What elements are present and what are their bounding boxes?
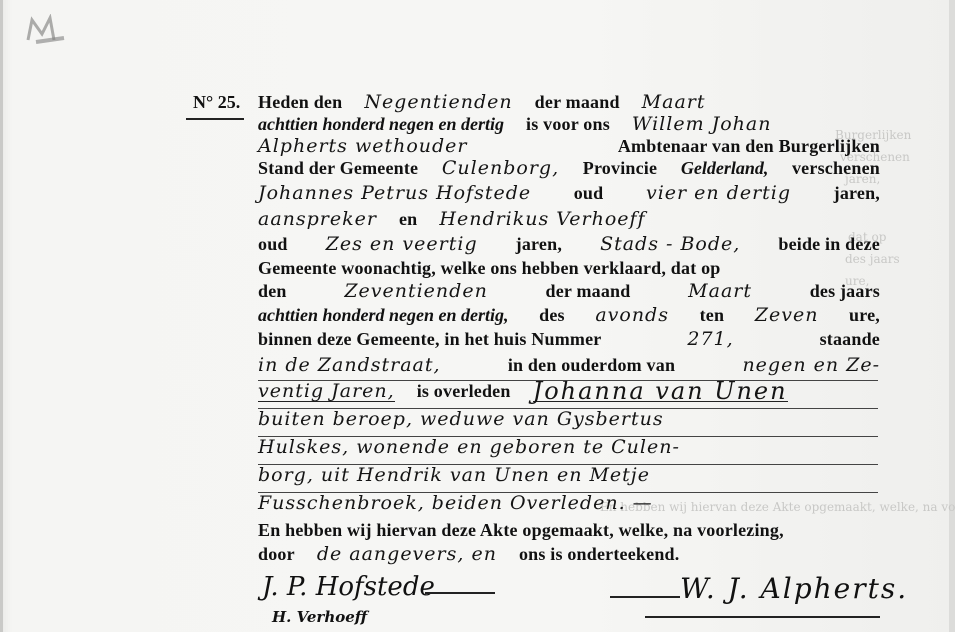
record-line: achttien honderd negen en dertig,desavon… xyxy=(258,305,880,325)
handwritten-entry: avonds xyxy=(595,305,669,325)
printed-text: der maand xyxy=(535,92,620,112)
handwritten-entry: Johannes Petrus Hofstede xyxy=(258,183,531,203)
handwritten-entry: Willem Johan xyxy=(632,114,772,134)
printed-text: ure, xyxy=(849,305,880,325)
ink-stamp-mark xyxy=(24,14,74,46)
handwritten-entry: Hendrikus Verhoeff xyxy=(439,209,645,229)
record-line: borg, uit Hendrik van Unen en Metje xyxy=(258,465,880,485)
record-line: ventig Jaren,is overledenJohanna van Une… xyxy=(258,381,880,402)
handwritten-entry: ventig Jaren, xyxy=(258,381,395,402)
record-line: Johannes Petrus Hofstedeoudvier en derti… xyxy=(258,183,880,203)
record-line: in de Zandstraat,in den ouderdom vannege… xyxy=(258,355,880,375)
printed-text: ons is onderteekend. xyxy=(519,544,680,564)
record-line: Stand der GemeenteCulenborg,ProvincieGel… xyxy=(258,158,880,178)
handwritten-entry: Maart xyxy=(642,92,706,112)
handwritten-entry: Fusschenbroek, beiden Overleden. — xyxy=(258,493,653,513)
record-line: doorde aangevers, enons is onderteekend. xyxy=(258,544,880,564)
record-line: buiten beroep, weduwe van Gysbertus xyxy=(258,409,880,429)
printed-text: des jaars xyxy=(810,281,880,301)
signature-flourish xyxy=(425,592,495,594)
printed-text: in den ouderdom van xyxy=(508,355,675,375)
printed-text: ten xyxy=(700,305,725,325)
handwritten-entry: Johanna van Unen xyxy=(533,381,788,402)
printed-text: binnen deze Gemeente, in het huis Nummer xyxy=(258,329,601,349)
handwritten-entry: Alpherts wethouder xyxy=(258,136,468,156)
record-line: achttien honderd negen en dertigis voor … xyxy=(258,114,880,134)
printed-text: Ambtenaar van den Burgerlijken xyxy=(618,136,880,156)
handwritten-entry: aanspreker xyxy=(258,209,377,229)
handwriting-rule xyxy=(258,380,878,381)
handwriting-rule xyxy=(258,408,878,409)
printed-text: oud xyxy=(574,183,604,203)
printed-text: Provincie xyxy=(583,158,657,178)
handwritten-entry: 271, xyxy=(687,329,733,349)
printed-text: en xyxy=(399,209,417,229)
printed-text: der maand xyxy=(546,281,631,301)
printed-text: oud xyxy=(258,234,288,254)
handwritten-entry: Hulskes, wonende en geboren te Culen- xyxy=(258,437,680,457)
handwritten-entry: in de Zandstraat, xyxy=(258,355,441,375)
record-line: Gemeente woonachtig, welke ons hebben ve… xyxy=(258,258,880,278)
printed-text: Gelderland, xyxy=(681,158,769,178)
record-line: oudZes en veertigjaren,Stads - Bode,beid… xyxy=(258,234,880,254)
handwriting-rule xyxy=(258,436,878,437)
signature-flourish xyxy=(610,596,680,598)
scanned-document-page: Burgerlijken verschenen jaren, dat op de… xyxy=(0,0,955,632)
signature-declarant-2: H. Verhoeff xyxy=(272,608,367,626)
printed-text: jaren, xyxy=(516,234,562,254)
record-line: Heden denNegentiendender maandMaart xyxy=(258,92,880,112)
handwritten-entry: Zes en veertig xyxy=(326,234,478,254)
handwritten-entry: Zeventienden xyxy=(344,281,488,301)
handwritten-entry: Stads - Bode, xyxy=(600,234,740,254)
handwriting-rule xyxy=(258,492,878,493)
printed-text: En hebben wij hiervan deze Akte opgemaak… xyxy=(258,520,784,540)
record-line: En hebben wij hiervan deze Akte opgemaak… xyxy=(258,520,880,540)
handwritten-entry: Culenborg, xyxy=(442,158,559,178)
printed-text: achttien honderd negen en dertig xyxy=(258,114,504,134)
signature-underline xyxy=(645,616,880,618)
printed-text: verschenen xyxy=(792,158,880,178)
handwritten-entry: de aangevers, en xyxy=(317,544,497,564)
printed-text: door xyxy=(258,544,295,564)
handwriting-rule xyxy=(258,464,878,465)
signature-official: W. J. Alpherts. xyxy=(680,572,908,605)
record-line: Hulskes, wonende en geboren te Culen- xyxy=(258,437,880,457)
printed-text: staande xyxy=(820,329,880,349)
record-number-underline xyxy=(186,118,244,120)
record-number: N° 25. xyxy=(193,92,240,113)
handwritten-entry: Maart xyxy=(688,281,752,301)
printed-text: den xyxy=(258,281,287,301)
printed-text: achttien honderd negen en dertig, xyxy=(258,305,509,325)
handwritten-entry: buiten beroep, weduwe van Gysbertus xyxy=(258,409,664,429)
record-line: binnen deze Gemeente, in het huis Nummer… xyxy=(258,329,880,349)
printed-text: Gemeente woonachtig, welke ons hebben ve… xyxy=(258,258,721,278)
printed-text: is overleden xyxy=(417,381,511,402)
record-line: aansprekerenHendrikus Verhoeff xyxy=(258,209,880,229)
printed-text: Heden den xyxy=(258,92,342,112)
record-line: denZeventiendender maandMaartdes jaars xyxy=(258,281,880,301)
printed-text: is voor ons xyxy=(526,114,610,134)
handwritten-entry: Zeven xyxy=(755,305,819,325)
printed-text: des xyxy=(539,305,565,325)
printed-text: Stand der Gemeente xyxy=(258,158,418,178)
handwritten-entry: negen en Ze- xyxy=(742,355,880,375)
handwritten-entry: vier en dertig xyxy=(646,183,791,203)
printed-text: beide in deze xyxy=(778,234,880,254)
page-right-edge xyxy=(949,0,955,632)
printed-text: jaren, xyxy=(834,183,880,203)
handwritten-entry: Negentienden xyxy=(364,92,512,112)
record-line: Fusschenbroek, beiden Overleden. — xyxy=(258,493,880,513)
handwritten-entry: borg, uit Hendrik van Unen en Metje xyxy=(258,465,650,485)
record-line: Alpherts wethouderAmbtenaar van den Burg… xyxy=(258,136,880,156)
page-left-edge xyxy=(0,0,3,632)
signature-declarant-1: J. P. Hofstede xyxy=(262,572,435,602)
